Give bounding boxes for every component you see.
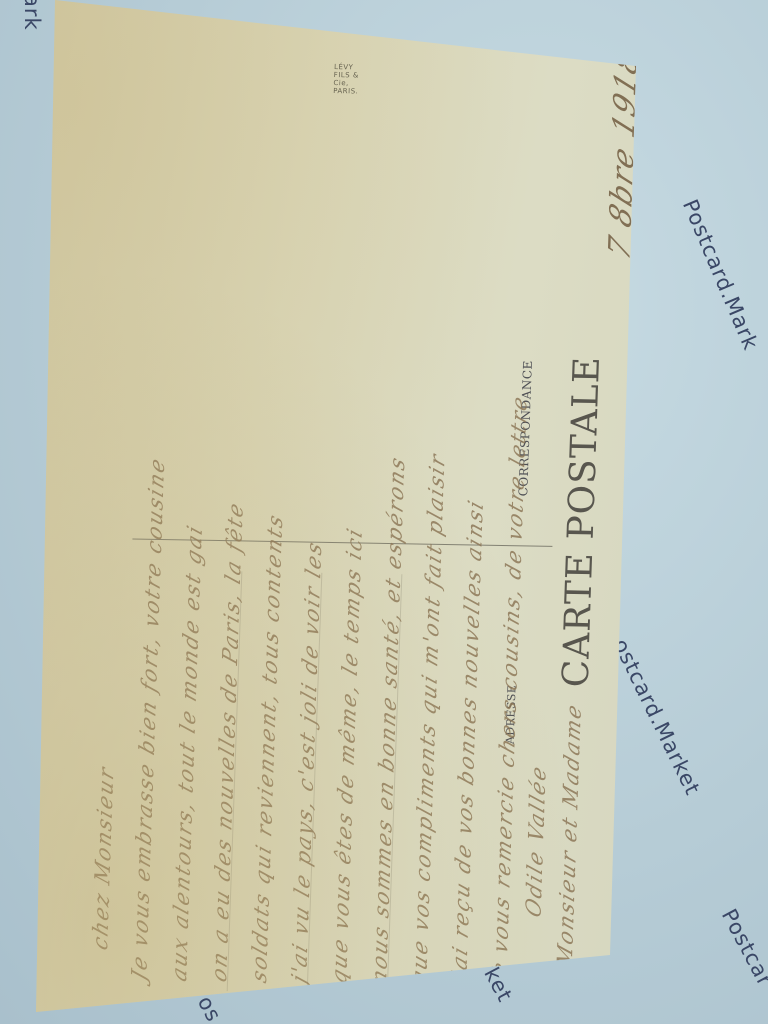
handwritten-line: Monsieur et Madame: [553, 699, 586, 971]
handwritten-line: nous sommes en bonne santé, et espérons: [367, 452, 409, 988]
watermark-text: os: [193, 992, 226, 1024]
handwritten-line: aux alentours, tout le monde est gai: [167, 521, 207, 985]
handwritten-line: Odile Vallée: [522, 761, 551, 920]
watermark-text: ostcard.Market: [608, 635, 704, 799]
handwritten-message: 7 8bre 1918 Monsieur et Madame Odile Val…: [47, 29, 656, 998]
handwritten-line: chez Monsieur: [88, 762, 118, 953]
handwritten-line: que vous êtes de même, le temps ici: [327, 524, 367, 988]
handwritten-line: que vos compliments qui m'ont fait plais…: [407, 449, 449, 988]
watermark-text: Postcar: [717, 905, 768, 990]
postcard-back: CARTE POSTALE CORRESPONDANCE ADRESSE LÉV…: [46, 29, 655, 1018]
handwritten-line: on a eu des nouvelles de Paris, la fête: [207, 498, 247, 985]
handwritten-line: j'ai vu le pays, c'est joli de voir les: [287, 537, 326, 987]
watermark-text: Postcard.Mark: [678, 196, 763, 354]
watermark-text: ark: [20, 0, 44, 31]
handwritten-line: soldats qui reviennent, tous contents: [247, 510, 287, 986]
handwritten-date: 7 8bre 1918: [603, 44, 645, 266]
handwritten-line: j'ai reçu de vos bonnes nouvelles ainsi: [447, 496, 488, 990]
postcard: CARTE POSTALE CORRESPONDANCE ADRESSE LÉV…: [0, 0, 768, 1024]
handwritten-line: Je vous embrasse bien fort, votre cousin…: [127, 453, 169, 983]
watermark-text: ard.M: [0, 551, 6, 623]
